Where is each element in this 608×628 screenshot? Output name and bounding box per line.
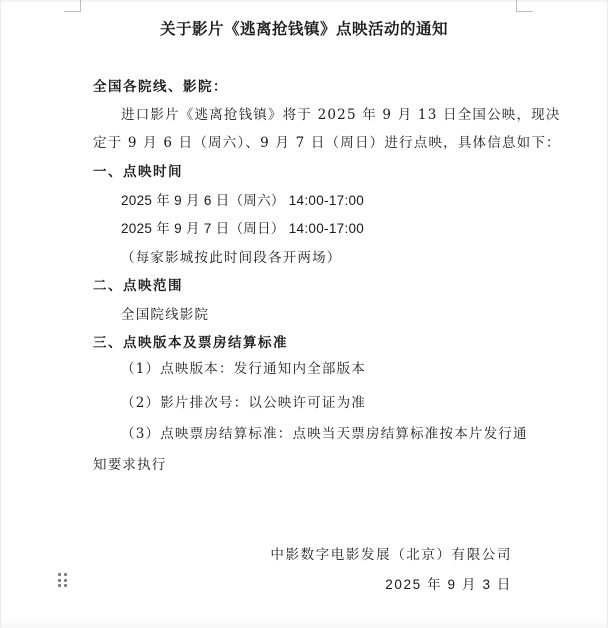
screening-note: （每家影城按此时间段各开两场） (121, 250, 342, 266)
intro-line-1: 进口影片《逃离抢钱镇》将于 2025 年 9 月 13 日全国公映，现决 (121, 107, 561, 123)
drag-dot (64, 579, 67, 582)
drag-handle-icon[interactable] (58, 573, 68, 589)
section-1-heading: 一、点映时间 (93, 164, 183, 180)
drag-dot (64, 584, 67, 587)
crop-mark-top-left (64, 0, 81, 12)
document-title: 关于影片《逃离抢钱镇》点映活动的通知 (1, 20, 607, 38)
version-item-3-continued: 知要求执行 (93, 457, 167, 473)
version-item-2: （2）影片排次号：以公映许可证为准 (121, 395, 366, 411)
signature-company: 中影数字电影发展（北京）有限公司 (270, 547, 512, 563)
drag-dot (58, 579, 61, 582)
page-bottom-edge (1, 616, 607, 628)
signature-date: 2025 年 9 月 3 日 (385, 577, 512, 593)
crop-mark-top-right (516, 0, 533, 12)
document-page: 关于影片《逃离抢钱镇》点映活动的通知 全国各院线、影院： 进口影片《逃离抢钱镇》… (0, 0, 608, 628)
intro-line-2: 定于 9 月 6 日（周六）、9 月 7 日（周日）进行点映，具体信息如下： (93, 135, 561, 151)
screening-time-1: 2025 年 9 月 6 日（周六） 14:00-17:00 (121, 193, 364, 209)
section-2-heading: 二、点映范围 (93, 278, 183, 294)
drag-dot (64, 573, 67, 576)
section-3-heading: 三、点映版本及票房结算标准 (93, 335, 288, 351)
version-item-1: （1）点映版本：发行通知内全部版本 (121, 361, 366, 377)
drag-dot (58, 573, 61, 576)
salutation: 全国各院线、影院： (93, 79, 228, 95)
screening-scope: 全国院线影院 (121, 307, 209, 323)
screening-time-2: 2025 年 9 月 7 日（周日） 14:00-17:00 (121, 221, 364, 237)
drag-dot (58, 584, 61, 587)
version-item-3: （3）点映票房结算标准：点映当天票房结算标准按本片发行通 (121, 426, 528, 442)
